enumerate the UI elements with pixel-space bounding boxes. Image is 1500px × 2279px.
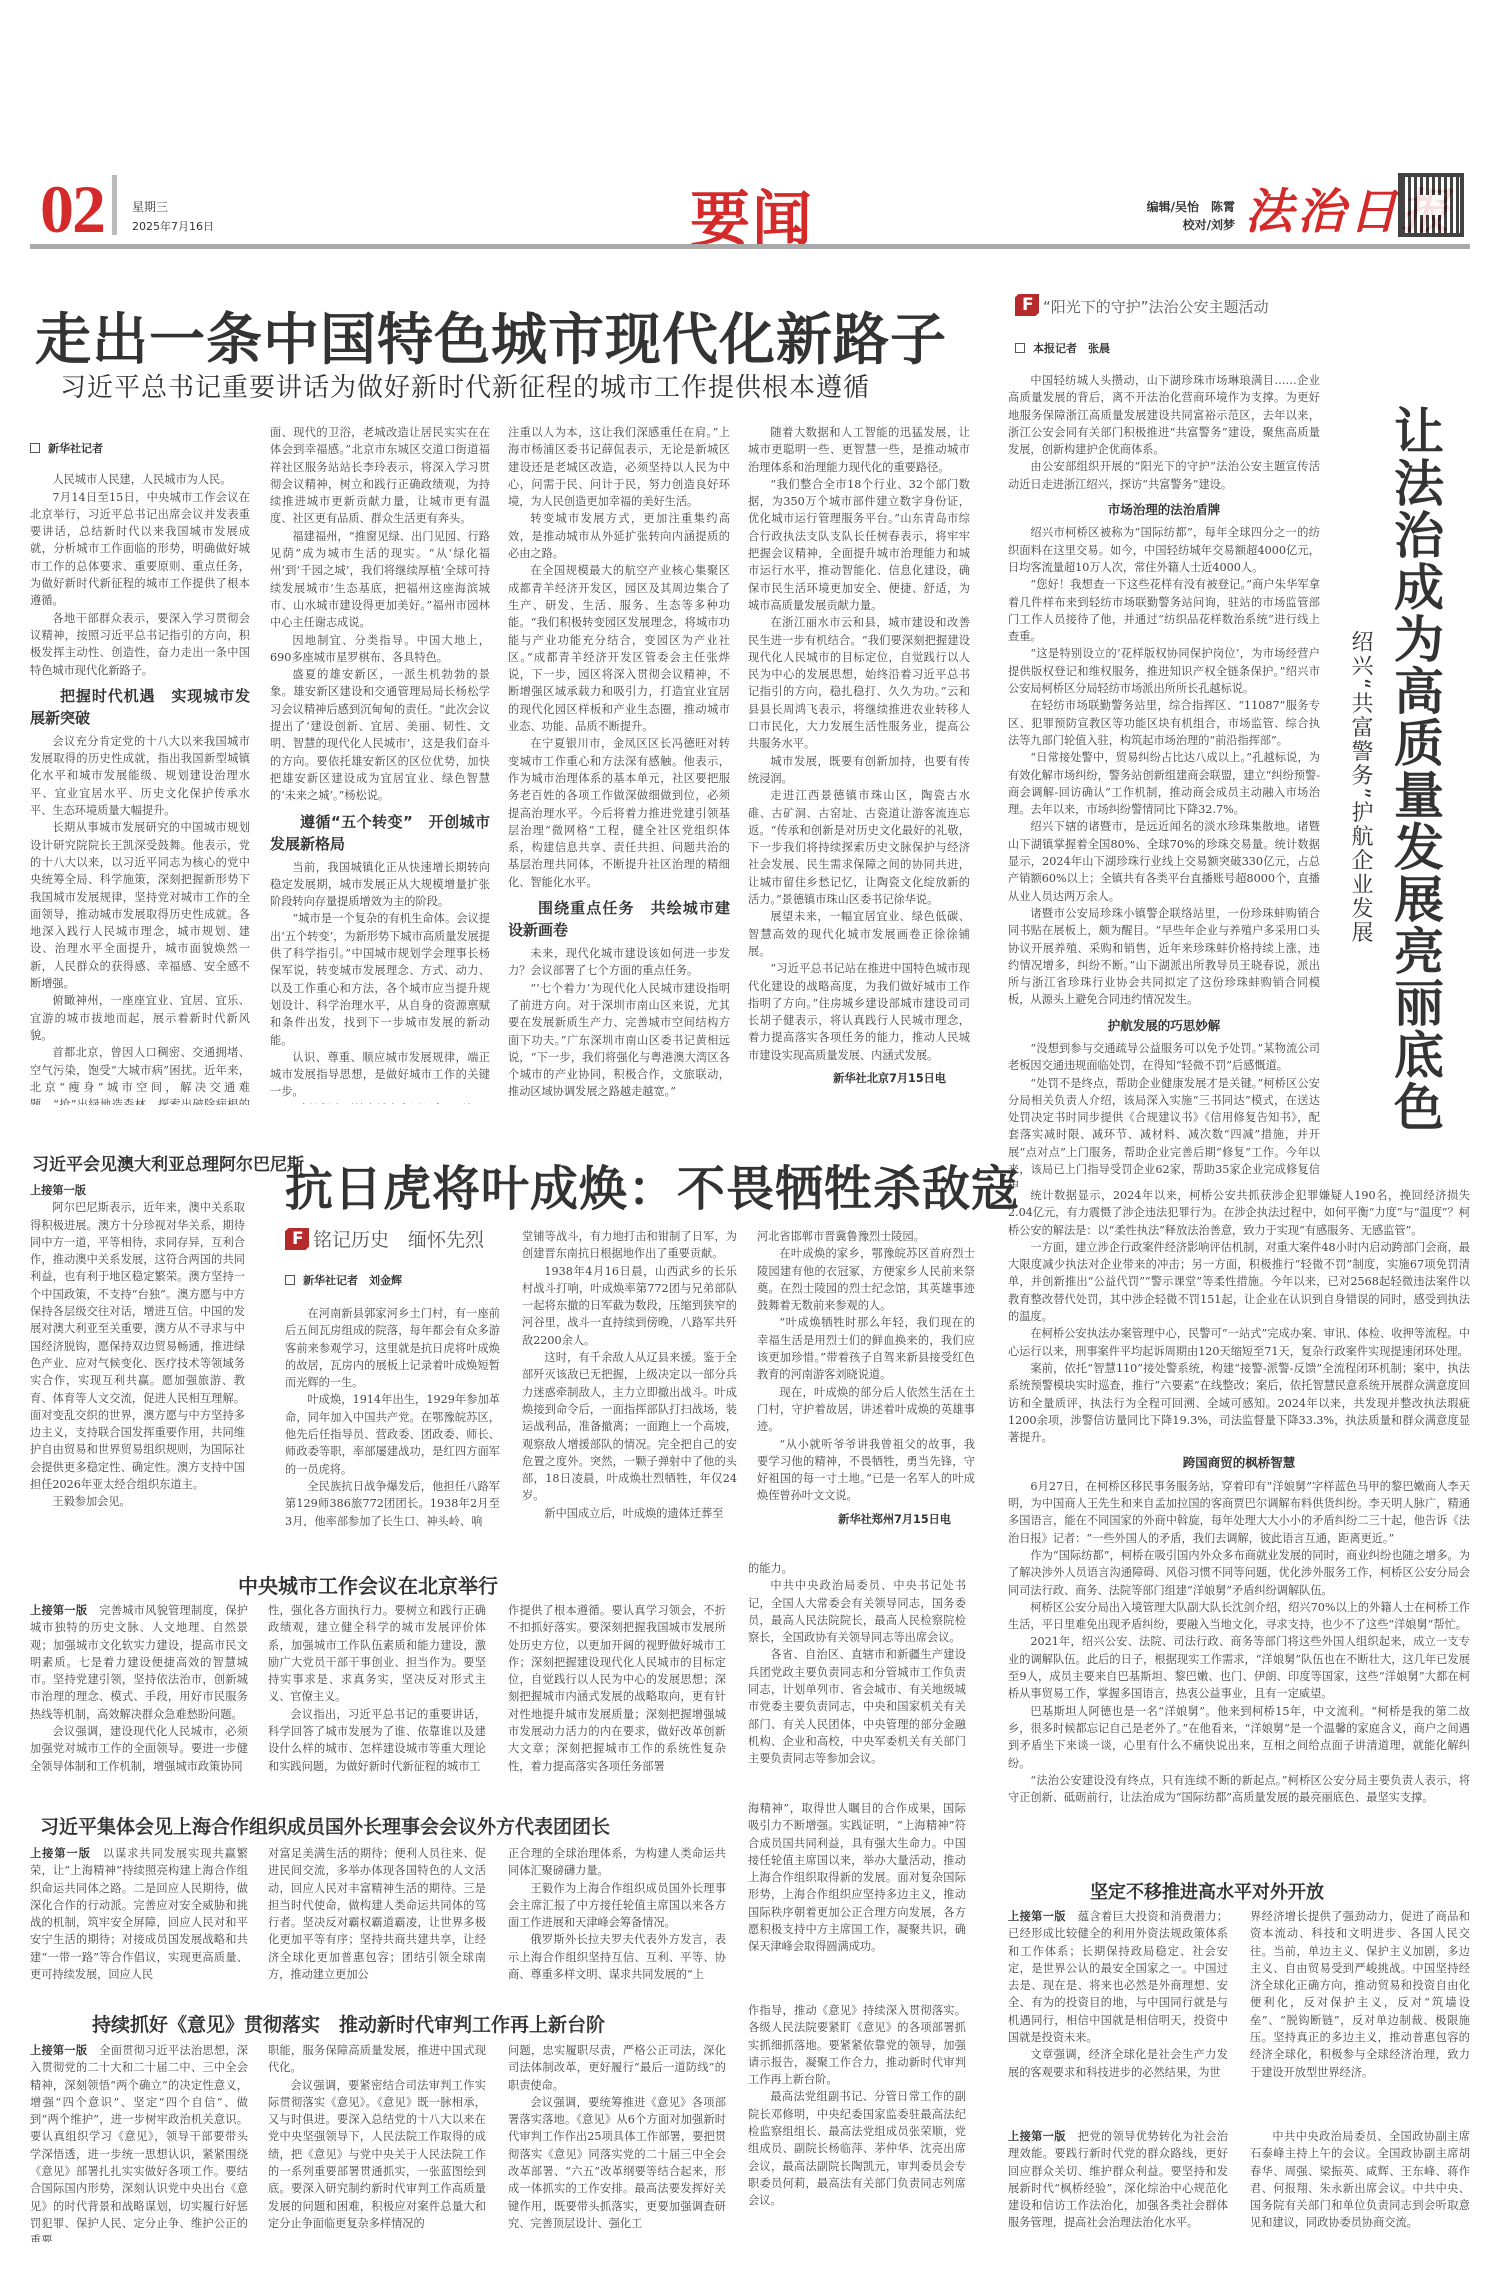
paragraph: 全民族抗日战争爆发后，他担任八路军第129师386旅772团团长。1938年2月… (285, 1478, 500, 1527)
paragraph: 这时，有千余敌人从辽县来援。鉴于全部歼灭该敌已无把握，上级决定以一部分兵力迷惑牵… (522, 1349, 737, 1505)
paragraph: 6月27日，在柯桥区移民事务服务站，穿着印有“洋娘舅”字样蓝色马甲的黎巴嫩商人李… (1008, 1478, 1470, 1547)
paragraph: 会议强调，要统筹推进《意见》各项部署落实落地。《意见》从6个方面对加强新时代审判… (508, 2094, 726, 2232)
paragraph: “法治公安建设没有终点，只有连续不断的新起点。”柯桥区公安分局主要负责人表示，将… (1008, 1772, 1470, 1807)
paragraph: 文章强调，经济全球化是社会生产力发展的客观要求和科技进步的必然结果，为世 (1008, 2046, 1228, 2080)
paragraph: 王毅参加会见。 (30, 1493, 245, 1510)
editors-line: 编辑/吴怡 陈霄 (1000, 198, 1235, 216)
paragraph: 会议强调，要紧密结合司法审判工作实际贯彻落实《意见》。《意见》既一脉相承，又与时… (268, 2077, 486, 2233)
campaign-label: “阳光下的守护”法治公安主题活动 (1015, 294, 1269, 317)
urban-col-3: 作提供了根本遵循。要认真学习领会，不折不扣抓好落实。要深刻把握我国城市发展所处历… (508, 1602, 726, 1782)
lead-dateline: 新华社北京7月15日电 (748, 1070, 970, 1087)
paragraph: 1938年4月16日晨，山西武乡的长乐村战斗打响，叶成焕率第772团与兄弟部队一… (522, 1263, 737, 1349)
opening-col-1: 上接第一版蕴含着巨大投资和消费潜力；已经形成比较健全的利用外资法规政策体系和工作… (1008, 1908, 1228, 2080)
paragraph: 最高法党组副书记、分管日常工作的副院长邓修明，中央纪委国家监委驻最高法纪检监察组… (748, 2088, 966, 2209)
sco-col-3: 正合理的全球治理体系，为构建人类命运共同体汇聚磅礴力量。 王毅作为上海合作组织成… (508, 1845, 726, 1985)
paragraph: “您好！我想查一下这些花样有没有被登记。”商户朱华军拿着几件样布来到轻纺市场联勤… (1008, 576, 1320, 645)
lead-headline: 走出一条中国特色城市现代化新路子 (35, 296, 947, 376)
paragraph-text: 蕴含着巨大投资和消费潜力；已经形成比较健全的利用外资法规政策体系和工作体系；长期… (1008, 1910, 1228, 2044)
shaoxing-vertical-headline: 让法治成为高质量发展亮丽底色 (1380, 405, 1450, 1133)
paragraph: “叶成焕牺牲时那么年轻，我们现在的幸福生活是用烈士们的鲜血换来的，我们应该更加珍… (757, 1314, 975, 1383)
paragraph: 统计数据显示，2024年以来，柯桥公安共抓获涉企犯罪嫌疑人190名，挽回经济损失… (1008, 1187, 1470, 1239)
australia-headline: 习近平会见澳大利亚总理阿尔巴尼斯 (32, 1150, 304, 1175)
paragraph: 因地制宜、分类指导。中国大地上，690多座城市星罗棋布、各具特色。 (270, 632, 490, 667)
paragraph: 各地干部群众表示，要深入学习贯彻会议精神，按照习近平总书记指引的方向，积极发挥主… (30, 610, 250, 679)
paragraph: 展望未来，一幅宜居宜业、绿色低碳、智慧高效的现代化城市发展画卷正徐徐铺展。 (748, 908, 970, 960)
paragraph: 中共中央政治局委员、中央书记处书记，全国人大常委会有关领导同志，国务委员，最高人… (748, 1577, 966, 1646)
paragraph: 各省、自治区、直辖市和新疆生产建设兵团党政主要负责同志和分管城市工作负责同志，计… (748, 1646, 966, 1767)
lead-col-3: 注重以人为本，这让我们深感重任在肩。”上海市杨浦区委书记薛侃表示，无论是新城区建… (508, 424, 730, 1104)
shaoxing-subheading-1: 市场治理的法治盾牌 (1008, 501, 1320, 518)
urban-col-2: 性，强化各方面执行力。要树立和践行正确政绩观，建立健全科学的城市发展评价体系，加… (268, 1602, 486, 1782)
court-col-1: 上接第一版全面贯彻习近平法治思想，深入贯彻党的二十大和二十届二中、三中全会精神，… (30, 2042, 248, 2242)
sco-col-1: 上接第一版以谋求共同发展实现共赢繁荣，让“上海精神”持续照亮构建上海合作组织命运… (30, 1845, 248, 1985)
shaoxing-subheading-3: 跨国商贸的枫桥智慧 (1008, 1454, 1470, 1471)
byline-box-icon (285, 1275, 295, 1285)
paragraph-text: 完善城市风貌管理制度，保护城市独特的历史文脉、人文地理、自然景观；加强城市文化软… (30, 1604, 248, 1721)
lead-subheading-1: 把握时代机遇 实现城市发展新突破 (30, 685, 250, 729)
paragraph: 在宁夏银川市，金凤区区长冯德旺对转变城市工作重心和方法深有感触。他表示，作为城市… (508, 735, 730, 891)
continued-label: 上接第一版 (30, 2044, 87, 2057)
lead-byline: 新华社记者 (30, 440, 250, 457)
paragraph: 巴基斯坦人阿德也是一名“洋娘舅”。他来到柯桥15年，中文流利。“柯桥是我的第二故… (1008, 1703, 1470, 1772)
continued-label: 上接第一版 (1008, 2130, 1066, 2143)
opening-headline: 坚定不移推进高水平对外开放 (1090, 1878, 1324, 1904)
paragraph: 诸暨市公安局珍珠小镇警企联络站里，一份珍珠蚌购销合同书贴在展板上，颇为醒目。“早… (1008, 905, 1320, 1009)
paragraph: “城市是一个复杂的有机生命体。会议提出‘五个转变’，为新形势下城市高质量发展提供… (270, 910, 490, 1048)
urban-col-4: 的能力。 中共中央政治局委员、中央书记处书记，全国人大常委会有关领导同志，国务委… (748, 1560, 966, 1782)
lead-subheading-2: 遵循“五个转变” 开创城市发展新格局 (270, 811, 490, 855)
court-col-4: 作指导，推动《意见》持续深入贯彻落实。各级人民法院要紧盯《意见》的各项部署抓实抓… (748, 2002, 966, 2242)
paragraph: “习近平总书记站在推进中国特色城市现代化建设的战略高度，为我们做好城市工作指明了… (748, 960, 970, 1064)
ye-headline: 抗日虎将叶成焕：不畏牺牲杀敌寇 (285, 1150, 1020, 1219)
paragraph: 在河南新县郭家河乡土门村，有一座前后五间瓦房组成的院落，每年都会有众多游客前来参… (285, 1305, 500, 1391)
paragraph: 会议指出，习近平总书记的重要讲话，科学回答了城市发展为了谁、依靠谁以及建设什么样… (268, 1706, 486, 1775)
cppcc-col-2: 中共中央政治局委员、全国政协副主席石泰峰主持上午的会议。全国政协副主席胡春华、周… (1250, 2128, 1470, 2243)
paragraph: 2021年，绍兴公安、法院、司法行政、商务等部门将这些外国人组织起来，成立一支专… (1008, 1633, 1470, 1702)
byline-box-icon (1015, 343, 1025, 353)
paragraph: 未来，现代化城市建设该如何进一步发力？会议部署了七个方面的重点任务。 (508, 945, 730, 980)
sco-headline: 习近平集体会见上海合作组织成员国外长理事会会议外方代表团团长 (40, 1812, 610, 1839)
court-headline: 持续抓好《意见》贯彻落实 推动新时代审判工作再上新台阶 (92, 2010, 605, 2037)
urban-meeting-headline: 中央城市工作会议在北京举行 (238, 1570, 498, 1599)
shaoxing-vertical-subheadline: 绍兴“共富警务”护航企业发展 (1346, 630, 1376, 945)
lead-col-2: 面、现代的卫浴，老城改造让居民实实在在体会到幸福感。”北京市东城区交道口街道福祥… (270, 424, 490, 1104)
paragraph: 王毅作为上海合作组织成员国外长理事会主席汇报了中方接任轮值主席国以来各方面工作进… (508, 1880, 726, 1932)
paragraph: “从小就听爷爷讲我曾祖父的故事，我要学习他的精神，不畏牺牲，勇当先锋，守好祖国的… (757, 1436, 975, 1505)
paragraph: 俯瞰神州，一座座宜业、宜居、宜乐、宜游的城市拔地而起，展示着新时代新风貌。 (30, 992, 250, 1044)
paragraph: 现在，叶成焕的部分后人依然生活在土门村，守护着故居，讲述着叶成焕的英雄事迹。 (757, 1384, 975, 1436)
paragraph: 中国轻纺城人头攒动，山下湖珍珠市场琳琅满目……企业高质量发展的背后，离不开法治化… (1008, 372, 1320, 458)
paragraph: 走进江西景德镇市珠山区，陶瓷古水碓、古矿洞、古窑址、古瓷道让游客流连忘返。“传承… (748, 787, 970, 908)
byline-box-icon (30, 443, 40, 453)
paragraph: 随着大数据和人工智能的迅猛发展，让城市更聪明一些、更智慧一些，是推动城市治理体系… (748, 424, 970, 476)
shaoxing-byline: 本报记者 张晨 (1015, 340, 1110, 356)
continued-label: 上接第一版 (30, 1182, 233, 1199)
paragraph: 人民城市人民建，人民城市为人民。 (30, 471, 250, 488)
paragraph: 绍兴下辖的诸暨市，是远近闻名的淡水珍珠集散地。诸暨山下湖镇掌握着全国80%、全球… (1008, 818, 1320, 904)
paragraph: 福建福州，“推窗见绿、出门见园、行路见荫”成为城市生活的现实。“从‘绿化福州’到… (270, 528, 490, 632)
lead-col-1: 新华社记者 人民城市人民建，人民城市为人民。 7月14日至15日，中央城市工作会… (30, 440, 250, 1105)
shaoxing-wide-col: 统计数据显示，2024年以来，柯桥公安共抓获涉企犯罪嫌疑人190名，挽回经济损失… (1008, 1187, 1470, 1829)
paragraph: 一方面，建立涉企行政案件经济影响评估机制，对重大案件48小时内启动跨部门会商，最… (1008, 1239, 1470, 1325)
paragraph: 注重以人为本，这让我们深感重任在肩。”上海市杨浦区委书记薛侃表示，无论是新城区建… (508, 424, 730, 510)
paragraph: 会议充分肯定党的十八大以来我国城市发展取得的历史性成就，指出我国新型城镇化水平和… (30, 733, 250, 819)
qr-code-icon[interactable] (1398, 173, 1464, 237)
editors-credit: 编辑/吴怡 陈霄 校对/刘梦 (1000, 198, 1235, 234)
paragraph: 长期从事城市发展研究的中国城市规划设计研究院院长王凯深受鼓舞。他表示，党的十八大… (30, 819, 250, 992)
paragraph: 作指导，推动《意见》持续深入贯彻落实。各级人民法院要紧盯《意见》的各项部署抓实抓… (748, 2002, 966, 2088)
ye-byline: 新华社记者 刘金辉 (285, 1272, 402, 1288)
shaoxing-narrow-col: 中国轻纺城人头攒动，山下湖珍珠市场琳琅满目……企业高质量发展的背后，离不开法治化… (1008, 372, 1320, 1187)
australia-body: 上接第一版 阿尔巴尼斯表示，近年来，澳中关系取得积极进展。澳方十分珍视对华关系，… (30, 1182, 245, 1522)
ye-column-tag: 铭记历史 缅怀先烈 (285, 1225, 484, 1252)
paragraph: 当前，我国城镇化正从快速增长期转向稳定发展期，城市发展正从大规模增量扩张阶段转向… (270, 859, 490, 911)
paragraph: 在全国规模最大的航空产业核心集聚区成都青羊经济开发区，园区及其周边集合了生产、研… (508, 562, 730, 735)
paragraph: 新中国成立后，叶成焕的遗体迁葬至 (522, 1505, 737, 1522)
paragraph-text: 以谋求共同发展实现共赢繁荣，让“上海精神”持续照亮构建上海合作组织命运共同体之路… (30, 1847, 248, 1981)
paragraph: 问题，忠实履职尽责，严格公正司法，深化司法体制改革，更好履行“最后一道防线”的职… (508, 2042, 726, 2094)
header-rule (30, 244, 1470, 249)
paragraph: “没想到参与交通疏导公益服务可以免予处罚。”某物流公司老板因交通违规面临处罚，在… (1008, 1040, 1320, 1075)
ye-col-3: 河北省邯郸市晋冀鲁豫烈士陵园。 在叶成焕的家乡，鄂豫皖苏区首府烈士陵园建有他的衣… (757, 1228, 975, 1528)
paragraph: 阿尔巴尼斯表示，近年来，澳中关系取得积极进展。澳方十分珍视对华关系，期待同中方一… (30, 1199, 245, 1493)
paragraph: 对富足美满生活的期待；便利人员往来、促进民间交流，多举办体现各国特色的人文活动，… (268, 1845, 486, 1983)
paragraph-text: 全面贯彻习近平法治思想，深入贯彻党的二十大和二十届二中、三中全会精神，深刻领悟“… (30, 2044, 248, 2242)
paragraph: 柯桥区公安分局出入境管理大队副大队长沈剑介绍，绍兴70%以上的外籍人士在柯桥工作… (1008, 1599, 1470, 1634)
paragraph: 的能力。 (748, 1560, 966, 1577)
ye-col-2: 堂铺等战斗，有力地打击和钳制了日军，为创建晋东南抗日根据地作出了重要贡献。 19… (522, 1228, 737, 1528)
paragraph: “会议提出要转变城市发展理念，更加 (270, 1101, 490, 1104)
paragraph: 会议强调，建设现代化人民城市，必须加强党对城市工作的全面领导。要进一步健全领导体… (30, 1723, 248, 1775)
shaoxing-subheading-2: 护航发展的巧思妙解 (1008, 1017, 1320, 1034)
issue-date: 2025年7月16日 (132, 218, 214, 234)
paragraph: 中共中央政治局委员、全国政协副主席石泰峰主持上午的会议。全国政协副主席胡春华、周… (1250, 2128, 1470, 2232)
paragraph: 在柯桥公安执法办案管理中心，民警可“一站式”完成办案、审讯、体检、收押等流程。中… (1008, 1325, 1470, 1360)
paragraph: “‘七个着力’为现代化人民城市建设指明了前进方向。对于深圳市南山区来说，尤其要在… (508, 980, 730, 1101)
paragraph: 案前，依托“智慧110”接处警系统，构建“接警-派警-反馈”全流程闭环机制；案中… (1008, 1360, 1470, 1446)
paragraph: 正合理的全球治理体系，为构建人类命运共同体汇聚磅礴力量。 (508, 1845, 726, 1880)
header-divider (112, 175, 117, 235)
paragraph: “这是特别设立的‘花样版权协同保护岗位’，为市场经营户提供版权登记和维权服务，推… (1008, 645, 1320, 697)
court-col-3: 问题，忠实履职尽责，严格公正司法，深化司法体制改革，更好履行“最后一道防线”的职… (508, 2042, 726, 2242)
paragraph: 首都北京，曾因人口稠密、交通拥堵、空气污染，饱受“大城市病”困扰。近年来，北京“… (30, 1044, 250, 1105)
paragraph: 性，强化各方面执行力。要树立和践行正确政绩观，建立健全科学的城市发展评价体系，加… (268, 1602, 486, 1706)
ye-col-1: 在河南新县郭家河乡土门村，有一座前后五间瓦房组成的院落，每年都会有众多游客前来参… (285, 1305, 500, 1527)
paragraph: 作提供了根本遵循。要认真学习领会，不折不扣抓好落实。要深刻把握我国城市发展所处历… (508, 1602, 726, 1775)
continued-label: 上接第一版 (30, 1847, 91, 1860)
page-number: 02 (40, 175, 104, 243)
cppcc-col-1: 上接第一版把党的领导优势转化为社会治理效能。要践行新时代党的群众路线，更好回应群… (1008, 2128, 1228, 2243)
continued-label: 上接第一版 (1008, 1910, 1066, 1923)
ye-dateline: 新华社郑州7月15日电 (757, 1511, 975, 1528)
paragraph: “日常接处警中，贸易纠纷占比达八成以上。”孔越标说，为有效化解市场纠纷，警务站创… (1008, 749, 1320, 818)
paragraph: 转变城市发展方式，更加注重集约高效，是推动城市从外延扩张转向内涵提质的必由之路。 (508, 510, 730, 562)
paragraph: 河北省邯郸市晋冀鲁豫烈士陵园。 (757, 1228, 975, 1245)
paragraph: 职能，服务保障高质量发展，推进中国式现代化。 (268, 2042, 486, 2077)
paragraph: 叶成焕，1914年出生，1929年参加革命，同年加入中国共产党。在鄂豫皖苏区，他… (285, 1391, 500, 1477)
paragraph: “处罚不是终点，帮助企业健康发展才是关键。”柯桥区公安分局相关负责人介绍，该局深… (1008, 1075, 1320, 1187)
paragraph: 认识、尊重、顺应城市发展规律，端正城市发展指导思想，是做好城市工作的关键一步。 (270, 1049, 490, 1101)
court-col-2: 职能，服务保障高质量发展，推进中国式现代化。 会议强调，要紧密结合司法审判工作实… (268, 2042, 486, 2242)
paragraph: 俄罗斯外长拉夫罗夫代表外方发言，表示上海合作组织坚持互信、互利、平等、协商、尊重… (508, 1931, 726, 1983)
lead-subheadline: 习近平总书记重要讲话为做好新时代新征程的城市工作提供根本遵循 (60, 367, 870, 404)
weekday: 星期三 (132, 198, 168, 215)
proofreader-line: 校对/刘梦 (1000, 216, 1235, 234)
paragraph: 界经济增长提供了强劲动力，促进了商品和资本流动、科技和文明进步、各国人民交往。当… (1250, 1908, 1470, 2080)
paragraph: 由公安部组织开展的“阳光下的守护”法治公安主题宣传活动近日走进浙江绍兴，探访“共… (1008, 458, 1320, 493)
paragraph: 堂铺等战斗，有力地打击和钳制了日军，为创建晋东南抗日根据地作出了重要贡献。 (522, 1228, 737, 1263)
paragraph: 在轻纺市场联勤警务站里，综合指挥区、“11087”服务专区、犯罪预防宣教区等功能… (1008, 697, 1320, 749)
legal-daily-f-icon (285, 1228, 309, 1250)
sco-col-4: 海精神”，取得世人瞩目的合作成果，国际吸引力不断增强。实践证明，“上海精神”符合… (748, 1800, 966, 1985)
urban-col-1: 上接第一版完善城市风貌管理制度，保护城市独特的历史文脉、人文地理、自然景观；加强… (30, 1602, 248, 1782)
paragraph: 在浙江丽水市云和县，城市建设和改善民生进一步有机结合。“我们要深刻把握建设现代化… (748, 614, 970, 752)
sco-col-2: 对富足美满生活的期待；便利人员往来、促进民间交流，多举办体现各国特色的人文活动，… (268, 1845, 486, 1985)
paragraph-text: 把党的领导优势转化为社会治理效能。要践行新时代党的群众路线，更好回应群众关切、维… (1008, 2130, 1228, 2229)
legal-daily-f-icon (1015, 294, 1039, 316)
continued-label: 上接第一版 (30, 1604, 87, 1617)
paragraph: 海精神”，取得世人瞩目的合作成果，国际吸引力不断增强。实践证明，“上海精神”符合… (748, 1800, 966, 1956)
paragraph: 面、现代的卫浴，老城改造让居民实实在在体会到幸福感。”北京市东城区交道口街道福祥… (270, 424, 490, 528)
paragraph: 7月14日至15日，中央城市工作会议在北京举行，习近平总书记出席会议并发表重要讲… (30, 489, 250, 610)
paragraph: 作为“国际纺都”，柯桥在吸引国内外众多布商就业发展的同时，商业纠纷也随之增多。为… (1008, 1547, 1470, 1599)
paragraph: 城市发展，既要有创新加持，也要有传统浸润。 (748, 753, 970, 788)
opening-col-2: 界经济增长提供了强劲动力，促进了商品和资本流动、科技和文明进步、各国人民交往。当… (1250, 1908, 1470, 2080)
lead-col-4: 随着大数据和人工智能的迅猛发展，让城市更聪明一些、更智慧一些，是推动城市治理体系… (748, 424, 970, 1114)
paragraph: “我们整合全市18个行业、32个部门数据，为350万个城市部件建立数字身份证，优… (748, 476, 970, 614)
paragraph: 盛夏的雄安新区，一派生机勃勃的景象。雄安新区建设和交通管理局局长杨松学习会议精神… (270, 666, 490, 804)
paragraph: 绍兴市柯桥区被称为“国际纺都”，每年全球四分之一的纺织面料在这里交易。如今，中国… (1008, 524, 1320, 576)
paragraph: 在叶成焕的家乡，鄂豫皖苏区首府烈士陵园建有他的衣冠冢，方便家乡人民前来祭奠。在烈… (757, 1245, 975, 1314)
lead-subheading-3: 围绕重点任务 共绘城市建设新画卷 (508, 897, 730, 941)
